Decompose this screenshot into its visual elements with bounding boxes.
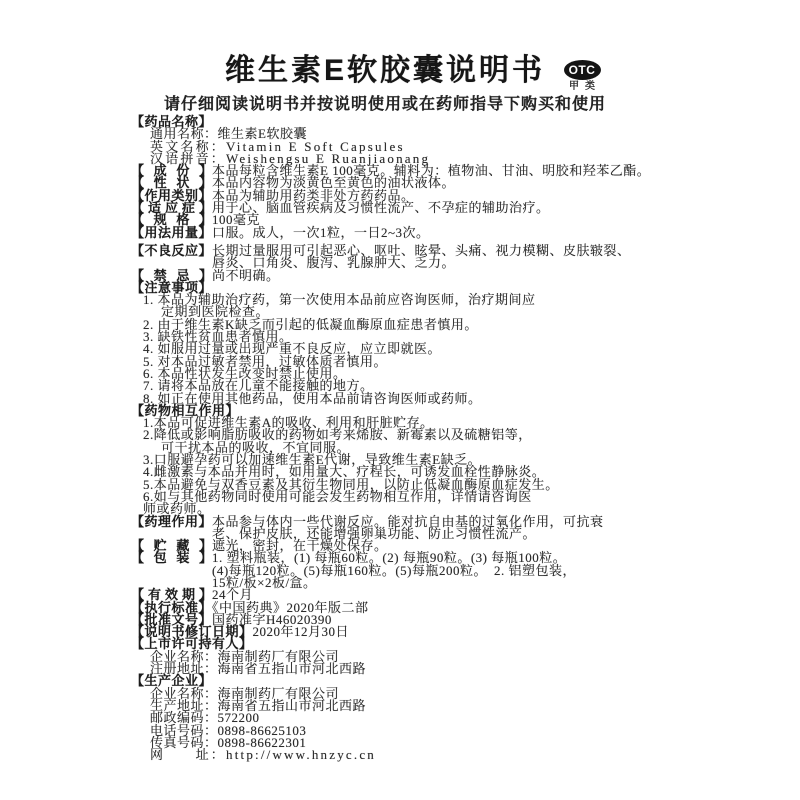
page-title: 维生素E软胶囊说明书	[0, 54, 770, 88]
section-row: 【用法用量】口服。成人，一次1粒，一日2~3次。	[131, 227, 691, 239]
otc-class-label: 甲类	[561, 81, 603, 92]
section-label: 【药理作用】	[131, 514, 212, 529]
section-text: 网 址：http://www.hnzyc.cn	[150, 747, 376, 762]
section-row: 【禁忌】尚不明确。	[131, 270, 691, 282]
section-label: 【包装】	[131, 552, 212, 564]
section-label: 【用法用量】	[131, 225, 212, 240]
text-row: 6.如与其他药物同时使用可能会发生药物相互作用，详情请咨询医	[131, 491, 691, 503]
document-body: 【药品名称】通用名称：维生素E软胶囊英文名称：Vitamin E Soft Ca…	[131, 116, 691, 761]
section-text: 2020年12月30日	[253, 624, 350, 639]
otc-badge: OTC 甲类	[561, 60, 603, 92]
usage-warning: 请仔细阅读说明书并按说明使用或在药师指导下购买和使用	[0, 91, 770, 114]
text-row: 网 址：http://www.hnzyc.cn	[131, 749, 691, 761]
section-label: 【不良反应】	[131, 243, 212, 258]
otc-oval-icon: OTC	[564, 60, 601, 80]
section-text: 用于心、脑血管疾病及习惯性流产、不孕症的辅助治疗。	[212, 200, 550, 215]
section-text: 尚不明确。	[212, 268, 280, 283]
text-row: 注册地址：海南省五指山市河北西路	[131, 663, 691, 675]
package-insert-page: 维生素E软胶囊说明书 请仔细阅读说明书并按说明使用或在药师指导下购买和使用 OT…	[0, 0, 800, 800]
insert-header: 维生素E软胶囊说明书 请仔细阅读说明书并按说明使用或在药师指导下购买和使用	[0, 0, 770, 114]
section-text: 口服。成人，一次1粒，一日2~3次。	[212, 225, 430, 240]
